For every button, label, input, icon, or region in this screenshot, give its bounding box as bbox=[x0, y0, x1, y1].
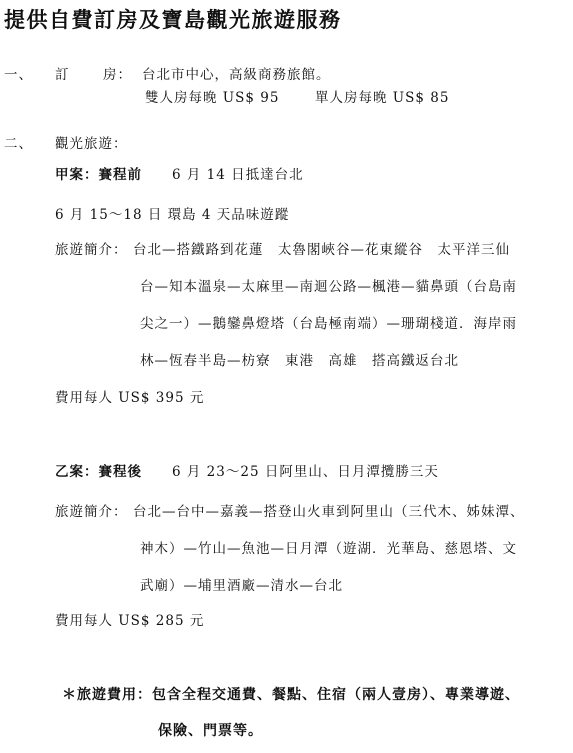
plan-b-intro-label: 旅遊簡介： bbox=[55, 500, 128, 520]
section-2-number: 二、 bbox=[4, 132, 33, 152]
section-1-label-a: 訂 bbox=[55, 63, 70, 83]
plan-b-itinerary-line: 台北—台中—嘉義—搭登山火車到阿里山（三代木、姊妹潭、 bbox=[133, 500, 525, 520]
accommodation-location: 台北市中心，高級商務旅館。 bbox=[142, 63, 331, 83]
section-2-label: 觀光旅遊： bbox=[55, 132, 128, 152]
plan-a-fee: 費用每人 US$ 395 元 bbox=[55, 386, 204, 406]
plan-a-dates: 6 月 15～18 日 環島 4 天品味遊蹤 bbox=[55, 203, 289, 223]
plan-b-itinerary-line: 神木）—竹山—魚池—日月潭（遊湖．光華島、慈恩塔、文 bbox=[140, 537, 517, 557]
plan-a-itinerary-line: 尖之一）—鵝鑾鼻燈塔（台島極南端）—珊瑚棧道．海岸雨 bbox=[140, 312, 517, 332]
plan-a-name: 甲案：賽程前 bbox=[55, 163, 142, 183]
plan-a-itinerary-line: 台北—搭鐵路到花蓮 太魯閣峽谷—花東縱谷 太平洋三仙 bbox=[133, 238, 510, 258]
fee-note-line-1: ＊旅遊費用：包含全程交通費、餐點、住宿（兩人壹房）、專業導遊、 bbox=[62, 684, 520, 704]
double-room-price: 雙人房每晚 US$ 95 bbox=[145, 86, 279, 106]
plan-b-fee: 費用每人 US$ 285 元 bbox=[55, 609, 204, 629]
plan-a-intro-label: 旅遊簡介： bbox=[55, 238, 128, 258]
section-1-label-b: 房： bbox=[103, 63, 132, 83]
plan-b-itinerary-line: 武廟）—埔里酒廠—清水—台北 bbox=[140, 574, 343, 594]
single-room-price: 單人房每晚 US$ 85 bbox=[315, 86, 449, 106]
plan-a-itinerary-line: 台—知本溫泉—太麻里—南迴公路—楓港—貓鼻頭（台島南 bbox=[140, 275, 517, 295]
document-title: 提供自費訂房及寶島觀光旅遊服務 bbox=[4, 4, 342, 34]
plan-a-itinerary-line: 林—恆春半島—枋寮 東港 高雄 搭高鐵返台北 bbox=[140, 349, 459, 369]
section-1-number: 一、 bbox=[4, 63, 33, 83]
plan-b-dates: 6 月 23～25 日阿里山、日月潭攬勝三天 bbox=[172, 460, 439, 480]
fee-note-line-2: 保險、門票等。 bbox=[158, 720, 263, 740]
plan-a-arrival: 6 月 14 日抵達台北 bbox=[172, 163, 304, 183]
plan-b-name: 乙案：賽程後 bbox=[55, 460, 142, 480]
